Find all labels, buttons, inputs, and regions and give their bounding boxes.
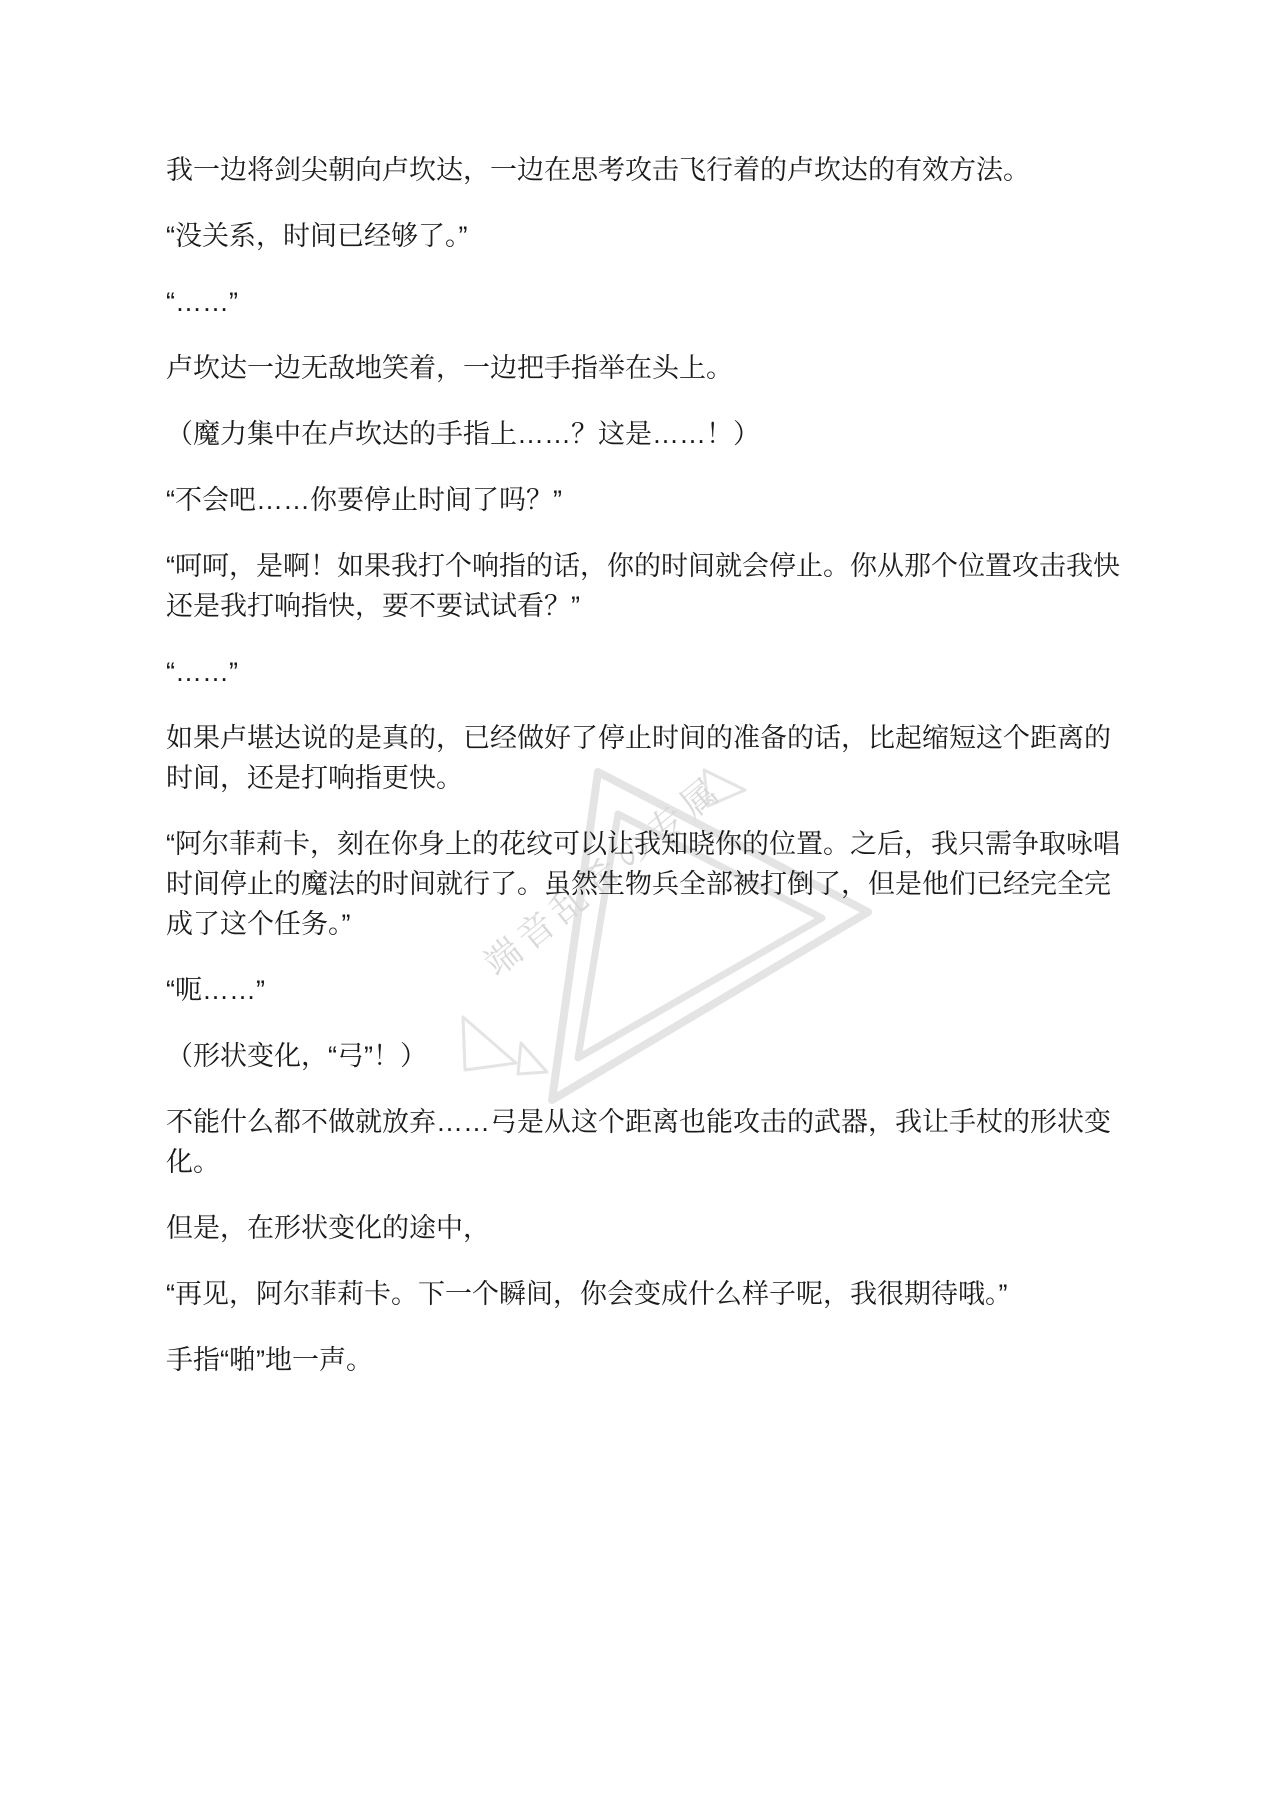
paragraph: 但是，在形状变化的途中， xyxy=(166,1208,1122,1248)
paragraph: 手指“啪”地一声。 xyxy=(166,1340,1122,1380)
paragraph: 卢坎达一边无敌地笑着，一边把手指举在头上。 xyxy=(166,348,1122,388)
paragraph-dialogue: “呵呵，是啊！如果我打个响指的话，你的时间就会停止。你从那个位置攻击我快还是我打… xyxy=(166,546,1122,626)
paragraph: 我一边将剑尖朝向卢坎达，一边在思考攻击飞行着的卢坎达的有效方法。 xyxy=(166,150,1122,190)
paragraph-dialogue: “再见，阿尔菲莉卡。下一个瞬间，你会变成什么样子呢，我很期待哦。” xyxy=(166,1274,1122,1314)
paragraph-thought: （魔力集中在卢坎达的手指上……？这是……！） xyxy=(166,414,1122,454)
paragraph-dialogue: “阿尔菲莉卡，刻在你身上的花纹可以让我知晓你的位置。之后，我只需争取咏唱时间停止… xyxy=(166,824,1122,944)
paragraph-dialogue: “没关系，时间已经够了。” xyxy=(166,216,1122,256)
paragraph: 不能什么都不做就放弃……弓是从这个距离也能攻击的武器，我让手杖的形状变化。 xyxy=(166,1102,1122,1182)
paragraph-dialogue: “……” xyxy=(166,282,1122,322)
paragraph-thought: （形状变化，“弓”！） xyxy=(166,1036,1122,1076)
document-page: 端音乱希の专属 我一边将剑尖朝向卢坎达，一边在思考攻击飞行着的卢坎达的有效方法。… xyxy=(0,0,1280,1810)
paragraph-dialogue: “呃……” xyxy=(166,970,1122,1010)
paragraph: 如果卢堪达说的是真的，已经做好了停止时间的准备的话，比起缩短这个距离的时间，还是… xyxy=(166,718,1122,798)
paragraph-dialogue: “不会吧……你要停止时间了吗？” xyxy=(166,480,1122,520)
document-content: 我一边将剑尖朝向卢坎达，一边在思考攻击飞行着的卢坎达的有效方法。 “没关系，时间… xyxy=(166,150,1122,1406)
paragraph-dialogue: “……” xyxy=(166,652,1122,692)
